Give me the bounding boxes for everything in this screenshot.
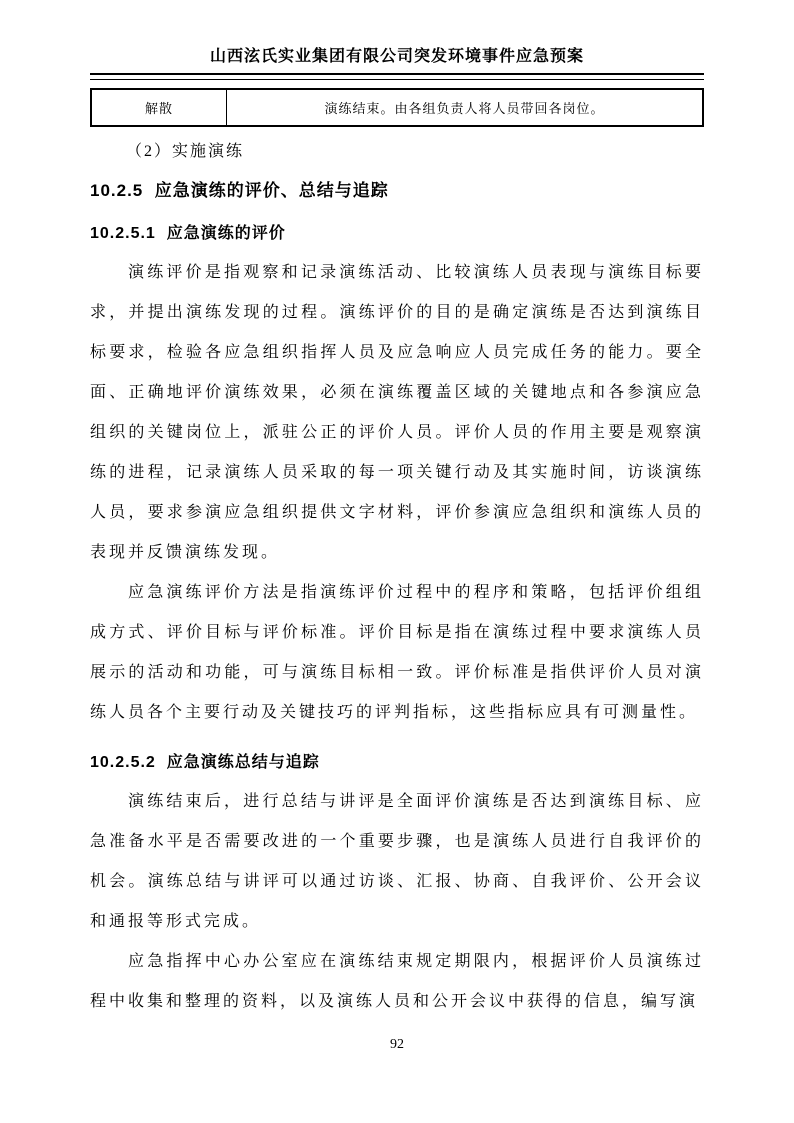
action-cell: 演练结束。由各组负责人将人员带回各岗位。 xyxy=(227,89,704,126)
paragraph-evaluation-method: 应急演练评价方法是指演练评价过程中的程序和策略，包括评价组组成方式、评价目标与评… xyxy=(90,573,704,733)
drill-phase-table: 解散 演练结束。由各组负责人将人员带回各岗位。 xyxy=(90,88,704,127)
page-number: 92 xyxy=(0,1037,794,1053)
paragraph-office-report: 应急指挥中心办公室应在演练结束规定期限内，根据评价人员演练过程中收集和整理的资料… xyxy=(90,942,704,1022)
step-item-implement-drill: （2）实施演练 xyxy=(90,140,704,164)
paragraph-summary-review: 演练结束后，进行总结与讲评是全面评价演练是否达到演练目标、应急准备水平是否需要改… xyxy=(90,782,704,942)
paragraph-evaluation-definition: 演练评价是指观察和记录演练活动、比较演练人员表现与演练目标要求，并提出演练发现的… xyxy=(90,253,704,573)
document-page: 山西泫氏实业集团有限公司突发环境事件应急预案 解散 演练结束。由各组负责人将人员… xyxy=(0,0,794,1123)
subsection-heading-10-2-5-1: 10.2.5.1 应急演练的评价 xyxy=(90,222,704,246)
subsection-heading-10-2-5-2: 10.2.5.2 应急演练总结与追踪 xyxy=(90,751,704,775)
phase-cell: 解散 xyxy=(91,89,227,126)
header-divider-rule xyxy=(90,73,704,80)
section-heading-10-2-5: 10.2.5 应急演练的评价、总结与追踪 xyxy=(90,178,704,204)
page-header-title: 山西泫氏实业集团有限公司突发环境事件应急预案 xyxy=(90,0,704,68)
page-content: 山西泫氏实业集团有限公司突发环境事件应急预案 解散 演练结束。由各组负责人将人员… xyxy=(0,0,794,1022)
table-row: 解散 演练结束。由各组负责人将人员带回各岗位。 xyxy=(91,89,703,126)
